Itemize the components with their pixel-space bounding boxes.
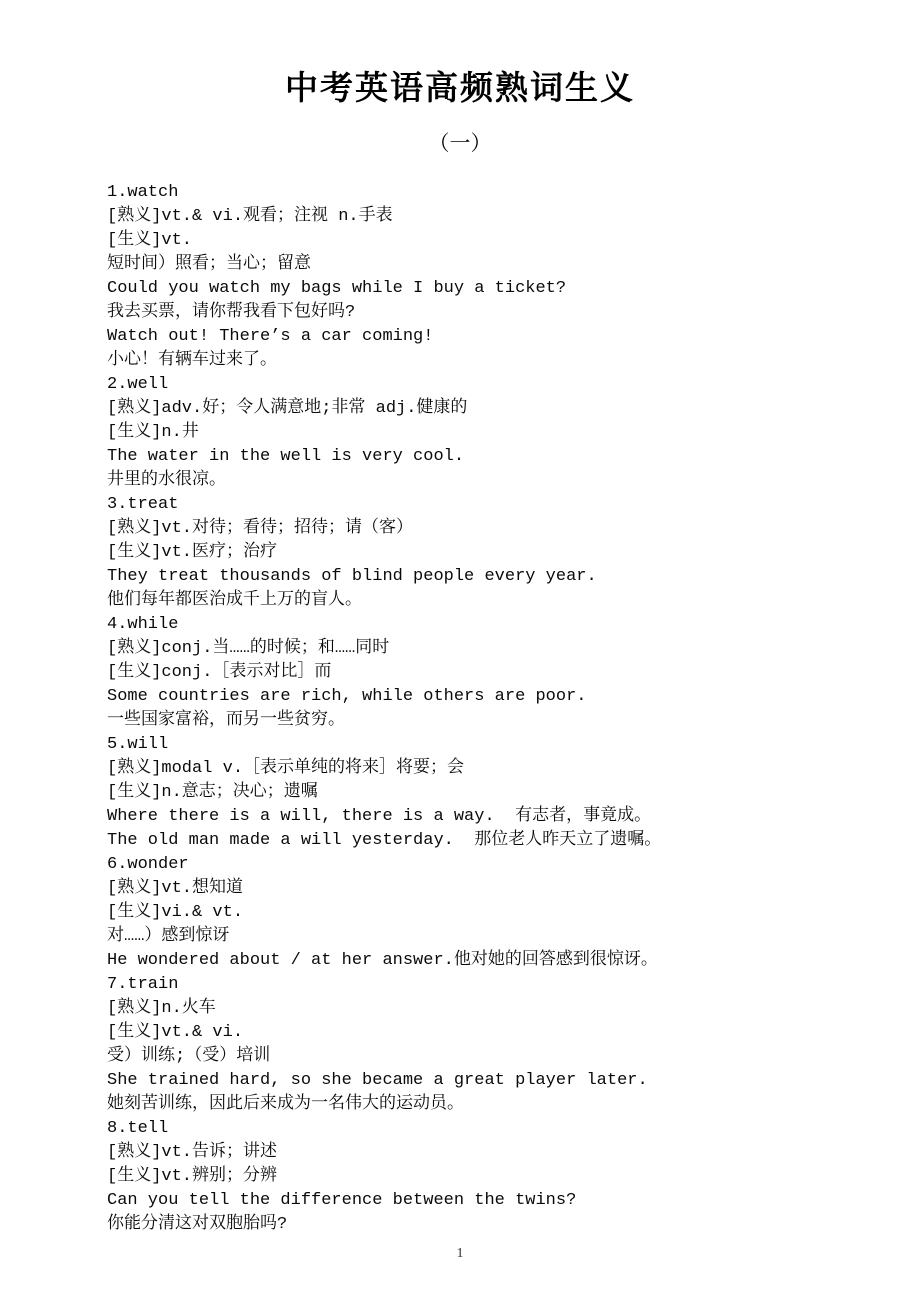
entry-line: 对……）感到惊讶 xyxy=(107,925,860,949)
entry-line: Can you tell the difference between the … xyxy=(107,1189,860,1213)
glossary-entry: 4.while[熟义]conj.当……的时候；和……同时[生义]conj.［表示… xyxy=(107,613,860,733)
entry-line: [生义]vi.& vt. xyxy=(107,901,860,925)
entry-line: 她刻苦训练，因此后来成为一名伟大的运动员。 xyxy=(107,1093,860,1117)
glossary-entry: 5.will[熟义]modal v.［表示单纯的将来］将要；会[生义]n.意志；… xyxy=(107,733,860,853)
entry-headword: 7.train xyxy=(107,973,860,997)
entry-line: [生义]vt.医疗；治疗 xyxy=(107,541,860,565)
glossary-entry: 8.tell[熟义]vt.告诉；讲述[生义]vt.辨别；分辨Can you te… xyxy=(107,1117,860,1237)
entry-line: [熟义]vt.对待；看待；招待；请（客） xyxy=(107,517,860,541)
entry-line: Could you watch my bags while I buy a ti… xyxy=(107,277,860,301)
entry-headword: 8.tell xyxy=(107,1117,860,1141)
entry-line: [生义]vt.& vi. xyxy=(107,1021,860,1045)
glossary-entry: 3.treat[熟义]vt.对待；看待；招待；请（客）[生义]vt.医疗；治疗T… xyxy=(107,493,860,613)
entry-line: Watch out! There’s a car coming! xyxy=(107,325,860,349)
entry-line: The water in the well is very cool. xyxy=(107,445,860,469)
entry-headword: 6.wonder xyxy=(107,853,860,877)
entry-line: [熟义]modal v.［表示单纯的将来］将要；会 xyxy=(107,757,860,781)
glossary-entry: 7.train[熟义]n.火车[生义]vt.& vi.受）训练;（受）培训She… xyxy=(107,973,860,1117)
entry-line: 短时间）照看；当心；留意 xyxy=(107,253,860,277)
entry-line: 井里的水很凉。 xyxy=(107,469,860,493)
document-page: 中考英语高频熟词生义 （一） 1.watch[熟义]vt.& vi.观看；注视 … xyxy=(0,0,920,1302)
glossary-entry: 2.well[熟义]adv.好；令人满意地;非常 adj.健康的[生义]n.井T… xyxy=(107,373,860,493)
page-title: 中考英语高频熟词生义 xyxy=(0,62,920,109)
entry-line: [生义]conj.［表示对比］而 xyxy=(107,661,860,685)
entry-headword: 5.will xyxy=(107,733,860,757)
entry-headword: 4.while xyxy=(107,613,860,637)
entry-line: [熟义]vt.想知道 xyxy=(107,877,860,901)
entry-headword: 2.well xyxy=(107,373,860,397)
glossary-entry: 1.watch[熟义]vt.& vi.观看；注视 n.手表[生义]vt.短时间）… xyxy=(107,181,860,373)
entry-headword: 3.treat xyxy=(107,493,860,517)
entry-line: [熟义]vt.& vi.观看；注视 n.手表 xyxy=(107,205,860,229)
page-number: 1 xyxy=(0,1246,920,1262)
entry-line: [生义]vt.辨别；分辨 xyxy=(107,1165,860,1189)
entry-line: 小心！有辆车过来了。 xyxy=(107,349,860,373)
entry-line: [熟义]adv.好；令人满意地;非常 adj.健康的 xyxy=(107,397,860,421)
entry-line: 受）训练;（受）培训 xyxy=(107,1045,860,1069)
entry-headword: 1.watch xyxy=(107,181,860,205)
entry-line: Where there is a will, there is a way. 有… xyxy=(107,805,860,829)
entry-line: [熟义]n.火车 xyxy=(107,997,860,1021)
page-subtitle: （一） xyxy=(0,127,920,157)
entry-line: 我去买票，请你帮我看下包好吗? xyxy=(107,301,860,325)
entry-line: He wondered about / at her answer.他对她的回答… xyxy=(107,949,860,973)
entry-line: 你能分清这对双胞胎吗? xyxy=(107,1213,860,1237)
entry-line: She trained hard, so she became a great … xyxy=(107,1069,860,1093)
entry-line: 他们每年都医治成千上万的盲人。 xyxy=(107,589,860,613)
glossary-entries: 1.watch[熟义]vt.& vi.观看；注视 n.手表[生义]vt.短时间）… xyxy=(107,181,860,1237)
entry-line: [生义]n.井 xyxy=(107,421,860,445)
entry-line: [生义]n.意志；决心；遗嘱 xyxy=(107,781,860,805)
entry-line: [熟义]vt.告诉；讲述 xyxy=(107,1141,860,1165)
entry-line: [熟义]conj.当……的时候；和……同时 xyxy=(107,637,860,661)
entry-line: [生义]vt. xyxy=(107,229,860,253)
entry-line: The old man made a will yesterday. 那位老人昨… xyxy=(107,829,860,853)
entry-line: Some countries are rich, while others ar… xyxy=(107,685,860,709)
entry-line: They treat thousands of blind people eve… xyxy=(107,565,860,589)
entry-line: 一些国家富裕，而另一些贫穷。 xyxy=(107,709,860,733)
glossary-entry: 6.wonder[熟义]vt.想知道[生义]vi.& vt.对……）感到惊讶He… xyxy=(107,853,860,973)
